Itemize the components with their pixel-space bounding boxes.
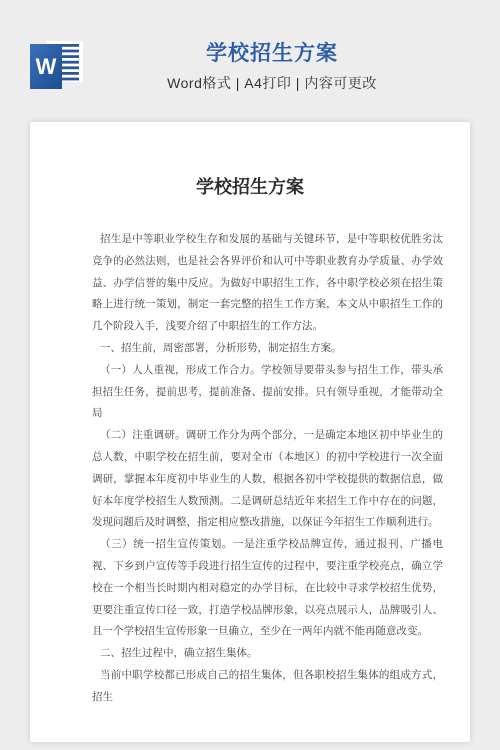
doc-paragraph-heading-2: 二、招生过程中，确立招生集体。	[92, 643, 443, 665]
template-title: 学校招生方案	[44, 42, 500, 66]
doc-paragraph-intro: 招生是中等职业学校生存和发展的基础与关键环节，是中等职校优胜劣汰竞争的必然法则，…	[92, 229, 443, 338]
doc-paragraph-item-1: （一）人人重视，形成工作合力。学校领导要带头参与招生工作，带头承担招生任务，提前…	[92, 360, 443, 425]
doc-paragraph-heading-1: 一、招生前，周密部署，分析形势，制定招生方案。	[92, 338, 443, 360]
doc-paragraph-body-2: 当前中职学校都已形成自己的招生集体，但各职校招生集体的组成方式，招生	[92, 665, 443, 709]
header-text-block: 学校招生方案 Word格式 | A4打印 | 内容可更改	[44, 42, 500, 92]
document-title: 学校招生方案	[30, 178, 470, 198]
doc-paragraph-item-2: （二）注重调研。调研工作分为两个部分，一是确定本地区初中毕业生的总人数，中职学校…	[92, 425, 443, 534]
preview-header: W 学校招生方案 Word格式 | A4打印 | 内容可更改	[0, 0, 500, 122]
document-body: 招生是中等职业学校生存和发展的基础与关键环节，是中等职校优胜劣汰竞争的必然法则，…	[30, 229, 470, 709]
document-page: 学校招生方案 招生是中等职业学校生存和发展的基础与关键环节，是中等职校优胜劣汰竞…	[30, 122, 470, 742]
template-preview: W 学校招生方案 Word格式 | A4打印 | 内容可更改 学校招生方案 招生…	[0, 0, 500, 750]
doc-paragraph-item-3: （三）统一招生宣传策划。一是注重学校品牌宣传，通过报刊、广播电视、下乡到户宣传等…	[92, 534, 443, 643]
template-subtitle: Word格式 | A4打印 | 内容可更改	[44, 75, 500, 92]
